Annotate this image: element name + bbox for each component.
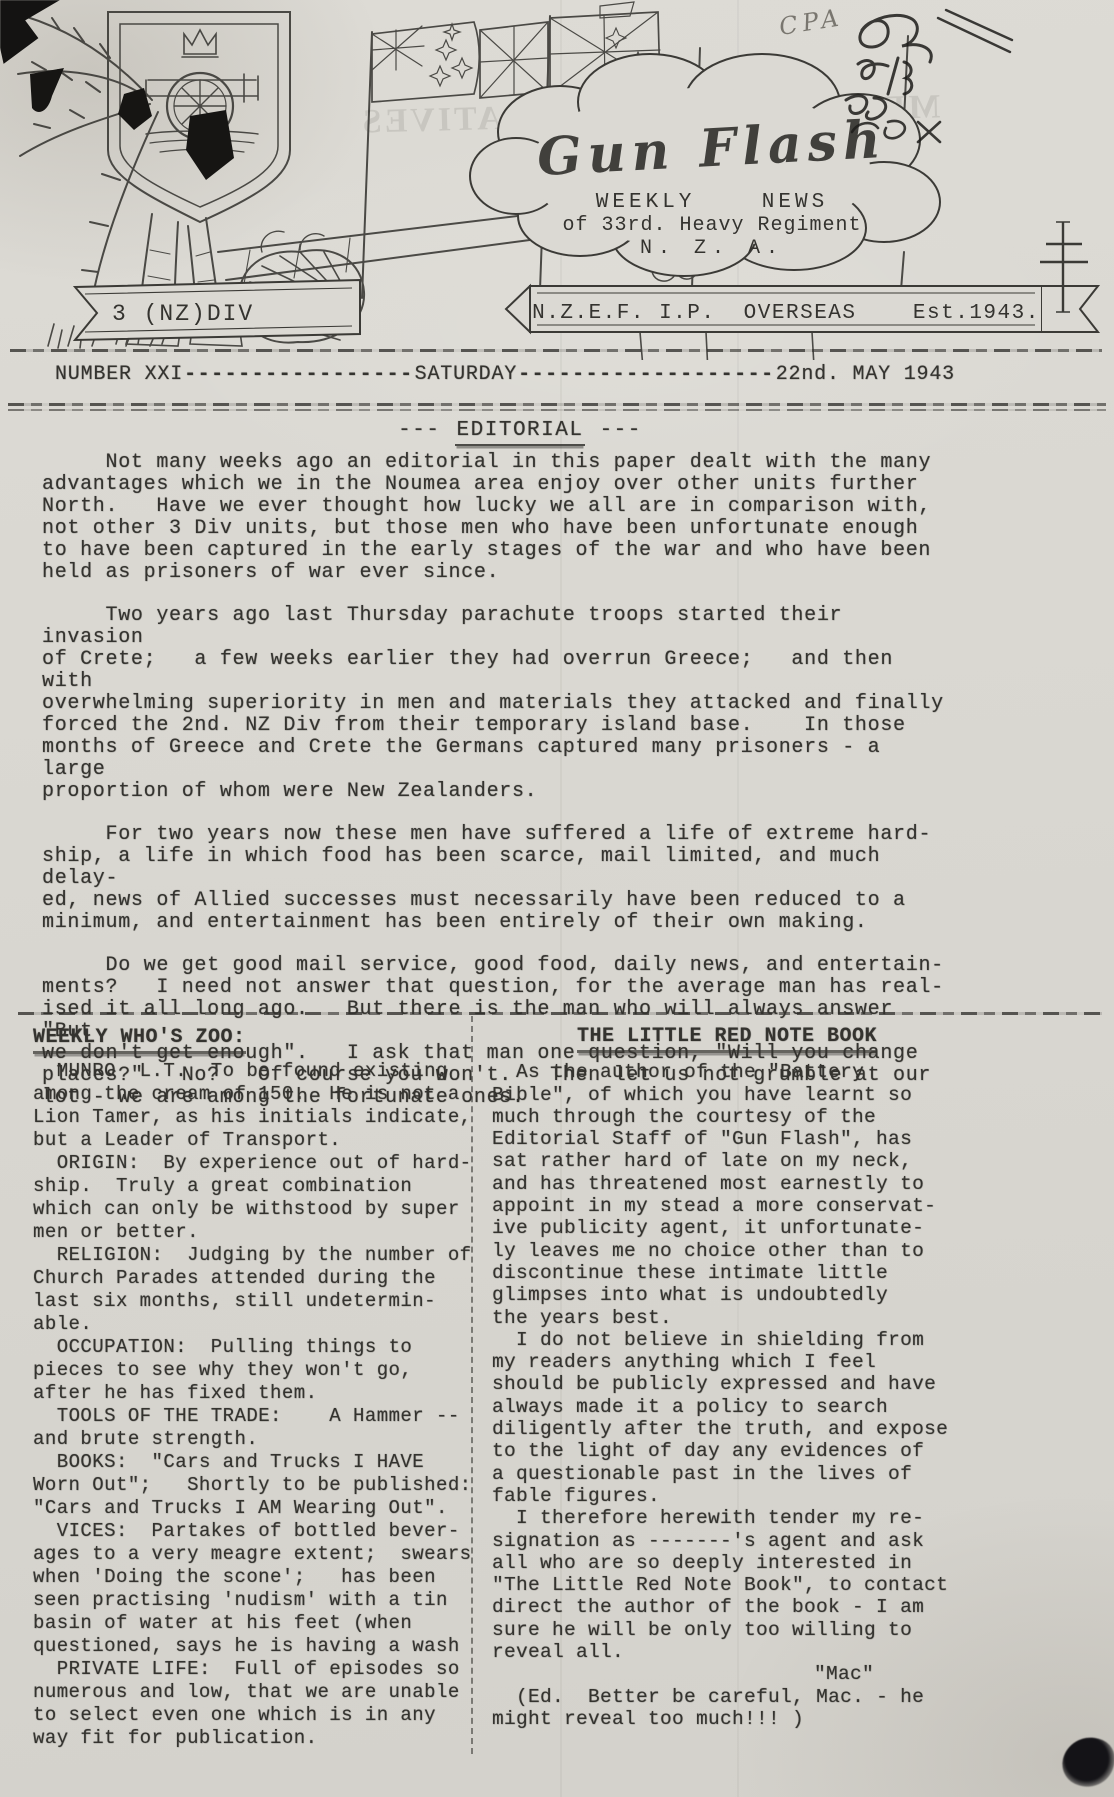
newsletter-page: MENTS OF PAY TO RELATIVES: [0, 0, 1114, 1797]
note-book-paragraph: I therefore herewith tender my re- signa…: [492, 1507, 962, 1663]
note-book-paragraph: As the author of the "Battery Bible", of…: [492, 1061, 962, 1329]
whos-zoo-entry: MUNRO L.T. To be found existing among th…: [33, 1060, 477, 1152]
horizontal-rule-top: [10, 349, 1102, 352]
issue-line: NUMBER XXI ----------------- SATURDAY --…: [55, 363, 955, 386]
nz-flag-sketch: [372, 22, 479, 102]
banner-left-label: 3 (NZ)DIV: [112, 301, 254, 327]
issue-dashes-1: -----------------: [184, 363, 414, 386]
note-book-paragraph: I do not believe in shielding from my re…: [492, 1329, 962, 1507]
masthead-subtitle-3: N. Z. A.: [640, 237, 784, 260]
whos-zoo-entry: VICES: Partakes of bottled bever- ages t…: [33, 1520, 477, 1658]
masthead-subtitle-2: of 33rd. Heavy Regiment: [562, 214, 861, 237]
left-column-heading: WEEKLY WHO'S ZOO:: [33, 1026, 477, 1054]
editor-note: (Ed. Better be careful, Mac. - he might …: [492, 1686, 962, 1731]
right-column: THE LITTLE RED NOTE BOOK As the author o…: [492, 1026, 962, 1730]
editorial-heading: --- EDITORIAL ---: [0, 419, 1040, 446]
editorial-heading-dashes-right: ---: [600, 419, 642, 442]
editorial-paragraph: Two years ago last Thursday parachute tr…: [42, 605, 948, 803]
whos-zoo-entry: OCCUPATION: Pulling things to pieces to …: [33, 1336, 477, 1405]
right-column-heading: THE LITTLE RED NOTE BOOK: [492, 1026, 962, 1053]
masthead-artwork: Gun Flash WEEKLY NEWS of 33rd. Heavy Reg…: [0, 0, 1114, 360]
masthead-subtitle-1: WEEKLY NEWS: [596, 191, 828, 214]
editorial-heading-word: EDITORIAL: [455, 419, 586, 446]
ink-blot: [1058, 1732, 1114, 1793]
whos-zoo-entry: TOOLS OF THE TRADE: A Hammer -- and brut…: [33, 1405, 477, 1451]
left-column: WEEKLY WHO'S ZOO: MUNRO L.T. To be found…: [33, 1026, 477, 1750]
right-column-heading-text: THE LITTLE RED NOTE BOOK: [577, 1026, 877, 1053]
editorial-paragraph: For two years now these men have suffere…: [42, 824, 948, 934]
issue-date: 22nd. MAY 1943: [776, 363, 955, 386]
issue-dashes-2: -------------------: [518, 363, 775, 386]
editorial-heading-dashes-left: ---: [398, 419, 440, 442]
banner-main-label: N.Z.E.F. I.P. OVERSEAS Est.1943.: [532, 302, 1040, 325]
left-column-heading-text: WEEKLY WHO'S ZOO:: [33, 1026, 246, 1054]
whos-zoo-entry: RELIGION: Judging by the number of Churc…: [33, 1244, 477, 1336]
editorial-paragraph: Not many weeks ago an editorial in this …: [42, 452, 948, 584]
issue-number: NUMBER XXI: [55, 363, 183, 386]
horizontal-rule-under-issue: [8, 403, 1106, 406]
handwritten-scribbles: [846, 10, 1012, 142]
palm-frond-sketch: [18, 16, 158, 300]
whos-zoo-entry: BOOKS: "Cars and Trucks I HAVE Worn Out"…: [33, 1451, 477, 1520]
torn-holes: [30, 68, 234, 180]
issue-day: SATURDAY: [415, 363, 517, 386]
whos-zoo-entry: ORIGIN: By experience out of hard- ship.…: [33, 1152, 477, 1244]
signature: "Mac": [492, 1663, 962, 1685]
whos-zoo-entry: PRIVATE LIFE: Full of episodes so numero…: [33, 1658, 477, 1750]
horizontal-rule-under-issue-2: [8, 409, 1106, 411]
